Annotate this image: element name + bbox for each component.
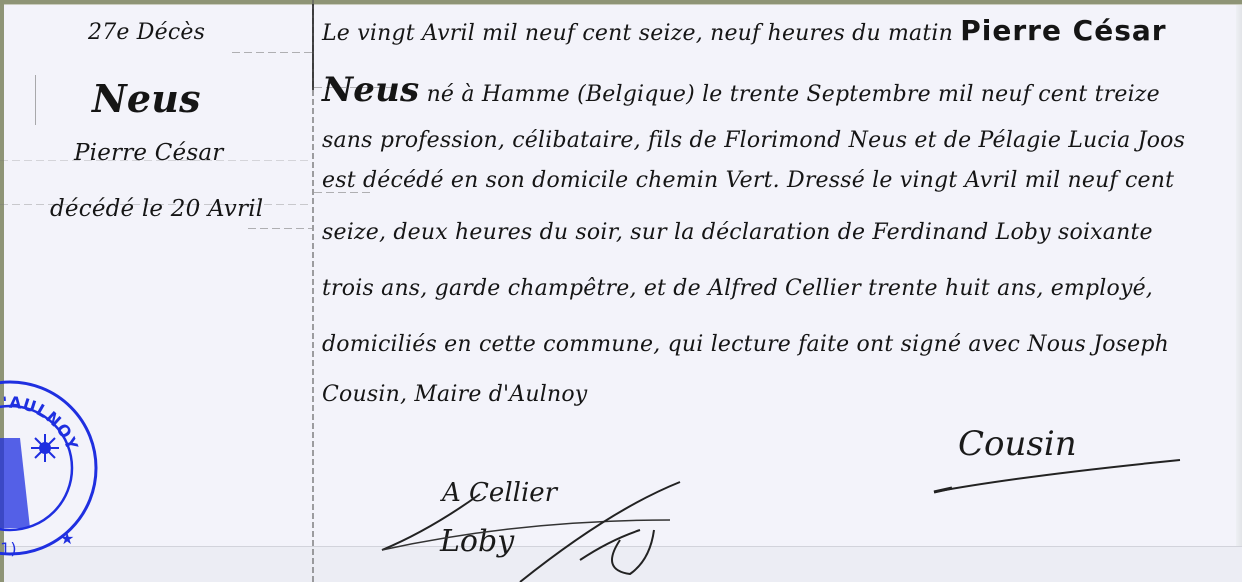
record-line-5: seize, deux heures du soir, sur la décla… bbox=[322, 220, 1153, 245]
signature-flourish-icon bbox=[370, 470, 700, 582]
margin-rule-top bbox=[312, 4, 314, 90]
mayor-signature: Cousin bbox=[930, 420, 1190, 500]
dashed-guide bbox=[232, 52, 312, 53]
svg-text:91): 91) bbox=[0, 539, 17, 558]
witness-signatures: A Cellier Loby bbox=[370, 470, 700, 582]
record-line-7: domiciliés en cette commune, qui lecture… bbox=[322, 332, 1169, 357]
margin-died-note: décédé le 20 Avril bbox=[50, 196, 263, 222]
deceased-given-names: Pierre César bbox=[960, 14, 1166, 47]
record-line-6: trois ans, garde champêtre, et de Alfred… bbox=[322, 276, 1153, 301]
margin-given-names: Pierre César bbox=[74, 140, 223, 166]
dashed-guide bbox=[248, 228, 312, 229]
record-line-text: Le vingt Avril mil neuf cent seize, neuf… bbox=[322, 21, 960, 46]
mairie-stamp: RIE D'AULNOY ★ 91) RIE D'AULNOY bbox=[0, 378, 100, 558]
record-line-text: né à Hamme (Belgique) le trente Septembr… bbox=[419, 82, 1159, 107]
entry-number: 27e Décès bbox=[88, 20, 205, 45]
margin-tick bbox=[35, 75, 36, 125]
record-line-8: Cousin, Maire d'Aulnoy bbox=[322, 382, 587, 407]
deceased-surname: Neus bbox=[322, 70, 419, 110]
margin-surname: Neus bbox=[92, 76, 201, 121]
page-edge bbox=[1236, 5, 1242, 582]
svg-text:★: ★ bbox=[60, 529, 74, 548]
record-line-1: Le vingt Avril mil neuf cent seize, neuf… bbox=[322, 14, 1167, 47]
stamp-seal-icon: RIE D'AULNOY ★ 91) bbox=[0, 378, 100, 558]
record-line-2: Neus né à Hamme (Belgique) le trente Sep… bbox=[322, 70, 1160, 110]
signature-flourish-icon bbox=[930, 420, 1190, 500]
record-line-4: est décédé en son domicile chemin Vert. … bbox=[322, 168, 1174, 193]
record-line-3: sans profession, célibataire, fils de Fl… bbox=[322, 128, 1185, 153]
